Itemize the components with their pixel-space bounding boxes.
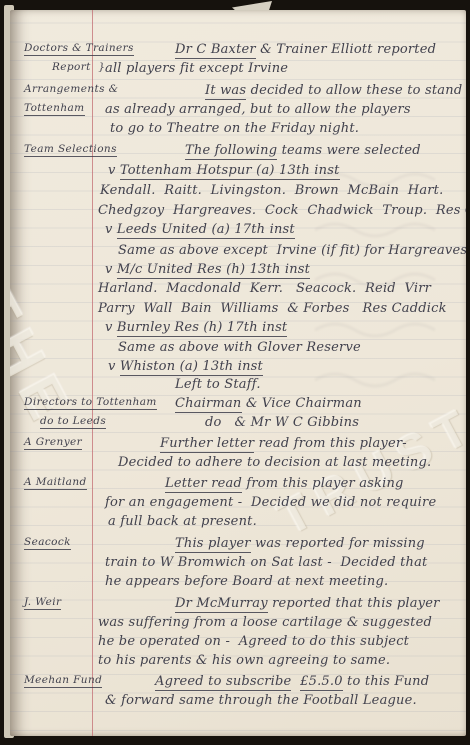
text-segment: Same as above except Irvine (if fit) for… (118, 243, 466, 258)
text-segment: Dr McMurray (175, 596, 268, 613)
text-segment: Tottenham Hotspur (a) 13th inst (120, 163, 340, 180)
line-text: Letter read from this player asking (165, 476, 404, 491)
margin-note: Team Selections (24, 143, 117, 157)
minute-book-page: THE TRUST Doctors & Trainers Dr C Baxter… (10, 10, 466, 736)
text-segment: all players fit except Irvine (105, 61, 288, 76)
text-segment: Dr C Baxter (175, 42, 256, 59)
text-segment: & Vice Chairman (242, 396, 362, 411)
text-segment: M/c United Res (h) 13th inst (117, 262, 310, 279)
text-segment: Burnley Res (h) 17th inst (117, 320, 287, 337)
line-text: train to W Bromwich on Sat last - Decide… (105, 555, 427, 570)
line-text: v Leeds United (a) 17th inst (105, 222, 295, 237)
minute-line: Directors to Tottenham Chairman & Vice C… (10, 396, 466, 416)
text-segment: for an engagement - Decided we did not r… (105, 495, 436, 510)
text-segment: was suffering from a loose cartilage & s… (98, 615, 432, 630)
line-text: he be operated on - Agreed to do this su… (98, 634, 409, 649)
text-segment (291, 674, 300, 689)
minute-line: v Leeds United (a) 17th inst (10, 222, 466, 242)
line-text: as already arranged, but to allow the pl… (105, 102, 411, 117)
minute-line: Team Selections The following teams were… (10, 143, 466, 163)
minute-line: to go to Theatre on the Friday night. (10, 121, 466, 141)
line-text: v Whiston (a) 13th inst (108, 359, 263, 374)
minute-line: he appears before Board at next meeting. (10, 574, 466, 594)
text-segment: Leeds United (a) 17th inst (117, 222, 295, 239)
text-segment: he appears before Board at next meeting. (105, 574, 388, 589)
text-segment: train to W Bromwich on Sat last - Decide… (105, 555, 427, 570)
minute-line: he be operated on - Agreed to do this su… (10, 634, 466, 654)
line-text: to go to Theatre on the Friday night. (110, 121, 359, 136)
minute-line: v Whiston (a) 13th inst (10, 359, 466, 379)
text-segment: v (105, 262, 117, 277)
text-segment: Whiston (a) 13th inst (120, 359, 263, 376)
line-text: Same as above except Irvine (if fit) for… (118, 243, 466, 258)
minute-line: train to W Bromwich on Sat last - Decide… (10, 555, 466, 575)
text-segment: £5.5.0 (300, 674, 343, 691)
minute-line: A Maitland Letter read from this player … (10, 476, 466, 496)
text-segment: Chedgzoy Hargreaves. Cock Chadwick Troup… (98, 203, 466, 218)
minute-line: to his parents & his own agreeing to sam… (10, 653, 466, 673)
minute-line: v Tottenham Hotspur (a) 13th inst (10, 163, 466, 183)
minute-line: Harland. Macdonald Kerr. Seacock. Reid V… (10, 281, 466, 301)
line-text: Parry Wall Bain Williams & Forbes Res Ca… (98, 301, 447, 316)
lines-layer: Doctors & Trainers Dr C Baxter & Trainer… (10, 10, 466, 736)
minute-line: Report } all players fit except Irvine (10, 61, 466, 81)
line-text: Dr McMurray reported that this player (175, 596, 440, 611)
text-segment: Kendall. Raitt. Livingston. Brown McBain… (100, 183, 443, 198)
text-segment: Agreed to subscribe (155, 674, 291, 691)
line-text: Decided to adhere to decision at last me… (118, 455, 431, 470)
text-segment: Chairman (175, 396, 242, 413)
text-segment: to his parents & his own agreeing to sam… (98, 653, 390, 668)
minute-line: Left to Staff. (10, 377, 466, 397)
line-text: The following teams were selected (185, 143, 421, 158)
line-text: Kendall. Raitt. Livingston. Brown McBain… (100, 183, 443, 198)
minute-line: Tottenham as already arranged, but to al… (10, 102, 466, 122)
margin-note: Directors to Tottenham (24, 396, 157, 410)
margin-note: do to Leeds (40, 415, 106, 429)
margin-note: J. Weir (24, 596, 61, 610)
minute-line: & forward same through the Football Leag… (10, 693, 466, 713)
margin-note: Report } (52, 61, 105, 73)
text-segment: This player (175, 536, 251, 553)
line-text: Agreed to subscribe £5.5.0 to this Fund (155, 674, 429, 689)
minute-line: was suffering from a loose cartilage & s… (10, 615, 466, 635)
text-segment: teams were selected (277, 143, 421, 158)
line-text: Chairman & Vice Chairman (175, 396, 362, 411)
margin-note: Seacock (24, 536, 71, 550)
text-segment: & Mr W C Gibbins (222, 415, 360, 430)
line-text: v Tottenham Hotspur (a) 13th inst (108, 163, 340, 178)
text-segment: reported that this player (268, 596, 440, 611)
text-segment: The following (185, 143, 277, 160)
text-segment: do (205, 415, 222, 430)
minute-line: J. Weir Dr McMurray reported that this p… (10, 596, 466, 616)
minute-line: for an engagement - Decided we did not r… (10, 495, 466, 515)
minute-line: Parry Wall Bain Williams & Forbes Res Ca… (10, 301, 466, 321)
text-segment: Letter read (165, 476, 242, 493)
line-text: all players fit except Irvine (105, 61, 288, 76)
line-text: Left to Staff. (175, 377, 261, 392)
text-segment: decided to allow these to stand (246, 83, 462, 98)
text-segment: Left to Staff. (175, 377, 261, 392)
text-segment: a full back at present. (108, 514, 257, 529)
minute-line: v Burnley Res (h) 17th inst (10, 320, 466, 340)
text-segment: & Trainer Elliott reported (256, 42, 436, 57)
margin-note: Doctors & Trainers (24, 42, 134, 56)
margin-note: Arrangements & (24, 83, 118, 95)
line-text: for an engagement - Decided we did not r… (105, 495, 436, 510)
text-segment: Harland. Macdonald Kerr. Seacock. Reid V… (98, 281, 431, 296)
text-segment: & forward same through the Football Leag… (105, 693, 417, 708)
text-segment: as already arranged, but to allow the pl… (105, 102, 411, 117)
line-text: & forward same through the Football Leag… (105, 693, 417, 708)
minute-line: Doctors & Trainers Dr C Baxter & Trainer… (10, 42, 466, 62)
text-segment: Decided to adhere to decision at last me… (118, 455, 431, 470)
text-segment: from this player asking (242, 476, 404, 491)
line-text: do & Mr W C Gibbins (205, 415, 359, 430)
margin-note: A Grenyer (24, 436, 82, 450)
margin-note: Meehan Fund (24, 674, 102, 688)
line-text: v Burnley Res (h) 17th inst (105, 320, 287, 335)
minute-line: v M/c United Res (h) 13th inst (10, 262, 466, 282)
line-text: he appears before Board at next meeting. (105, 574, 388, 589)
text-segment: Same as above with Glover Reserve (118, 340, 361, 355)
text-segment: v (105, 222, 117, 237)
minute-line: do to Leeds do & Mr W C Gibbins (10, 415, 466, 435)
line-text: v M/c United Res (h) 13th inst (105, 262, 310, 277)
text-segment: v (108, 359, 120, 374)
minute-line: Decided to adhere to decision at last me… (10, 455, 466, 475)
text-segment: he be operated on - Agreed to do this su… (98, 634, 409, 649)
line-text: Further letter read from this player- (160, 436, 407, 451)
text-segment: was reported for missing (251, 536, 425, 551)
line-text: to his parents & his own agreeing to sam… (98, 653, 390, 668)
text-segment: v (105, 320, 117, 335)
minute-line: Arrangements & It was decided to allow t… (10, 83, 466, 103)
text-segment: It was (205, 83, 246, 100)
minute-line: Meehan Fund Agreed to subscribe £5.5.0 t… (10, 674, 466, 694)
line-text: Chedgzoy Hargreaves. Cock Chadwick Troup… (98, 203, 466, 218)
minute-line: Kendall. Raitt. Livingston. Brown McBain… (10, 183, 466, 203)
text-segment: read from this player- (254, 436, 407, 451)
minute-line: a full back at present. (10, 514, 466, 534)
margin-note: Tottenham (24, 102, 85, 116)
minute-line: Same as above with Glover Reserve (10, 340, 466, 360)
line-text: Dr C Baxter & Trainer Elliott reported (175, 42, 436, 57)
line-text: was suffering from a loose cartilage & s… (98, 615, 432, 630)
minute-line: Seacock This player was reported for mis… (10, 536, 466, 556)
text-segment: Parry Wall Bain Williams & Forbes Res Ca… (98, 301, 447, 316)
margin-note: A Maitland (24, 476, 87, 490)
line-text: This player was reported for missing (175, 536, 425, 551)
line-text: It was decided to allow these to stand (205, 83, 462, 98)
line-text: a full back at present. (108, 514, 257, 529)
line-text: Harland. Macdonald Kerr. Seacock. Reid V… (98, 281, 431, 296)
minute-line: A Grenyer Further letter read from this … (10, 436, 466, 456)
minute-line: Same as above except Irvine (if fit) for… (10, 243, 466, 263)
text-segment: to this Fund (343, 674, 430, 689)
minute-line: Chedgzoy Hargreaves. Cock Chadwick Troup… (10, 203, 466, 223)
text-segment: to go to Theatre on the Friday night. (110, 121, 359, 136)
text-segment: Further letter (160, 436, 254, 453)
text-segment: v (108, 163, 120, 178)
line-text: Same as above with Glover Reserve (118, 340, 361, 355)
